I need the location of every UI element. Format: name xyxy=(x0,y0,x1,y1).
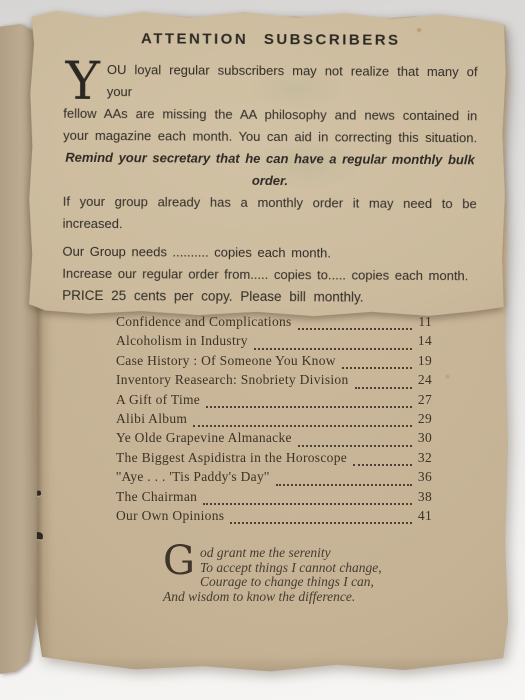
dot-leader xyxy=(206,406,412,408)
toc-entry-page: 27 xyxy=(415,392,432,408)
intro-dropcap: Y xyxy=(65,62,100,102)
toc-entry-page: 29 xyxy=(415,411,432,427)
dot-leader xyxy=(254,348,412,350)
dot-leader xyxy=(353,464,412,466)
toc-entry-title: The Biggest Aspidistra in the Horoscope xyxy=(116,450,347,466)
intro-line: OU loyal regular subscribers may not rea… xyxy=(63,59,477,106)
intro-line: fellow AAs are missing the AA philosophy… xyxy=(63,103,477,128)
toc-entry-title: Our Own Opinions xyxy=(116,508,224,524)
serenity-prayer: G od grant me the serenity To accept thi… xyxy=(163,546,413,604)
toc-entry-title: Case History : Of Someone You Know xyxy=(116,353,336,369)
toc-entry-title: Ye Olde Grapevine Almanacke xyxy=(116,430,292,446)
toc-entry-page: 32 xyxy=(415,450,432,466)
toc-entry: The Biggest Aspidistra in the Horoscope … xyxy=(116,450,432,469)
increase-note-line: If your group already has a monthly orde… xyxy=(63,191,477,238)
toc-entry-title: The Chairman xyxy=(116,489,197,505)
card-title: ATTENTION SUBSCRIBERS xyxy=(64,30,478,50)
toc-entry: Ye Olde Grapevine Almanacke 30 xyxy=(116,430,432,449)
toc-entry: Inventory Reasearch: Snobriety Division … xyxy=(116,372,432,391)
toc-entry-title: A Gift of Time xyxy=(116,392,200,408)
prayer-dropcap: G xyxy=(163,547,195,576)
toc-entry-page: 24 xyxy=(415,372,432,388)
toc-entry: Our Own Opinions 41 xyxy=(116,508,432,527)
toc-entry: Alcoholism in Industry 14 xyxy=(116,333,432,352)
dot-leader xyxy=(298,328,412,330)
toc-entry-page: 19 xyxy=(415,353,432,369)
toc-entry-title: Inventory Reasearch: Snobriety Division xyxy=(116,372,349,388)
toc-entry-page: 38 xyxy=(415,489,432,505)
toc-entry-title: ''Aye . . . 'Tis Paddy's Day'' xyxy=(116,469,270,485)
intro-line: your magazine each month. You can aid in… xyxy=(63,125,477,150)
dot-leader xyxy=(193,425,412,427)
toc-entry: A Gift of Time 27 xyxy=(116,392,432,411)
toc-entry: Alibi Album 29 xyxy=(116,411,432,430)
toc-entry-page: 14 xyxy=(415,333,432,349)
toc-entry: The Chairman 38 xyxy=(116,489,432,508)
table-of-contents: Confidence and Complications 11 Alcoholi… xyxy=(116,314,432,527)
toc-entry: Case History : Of Someone You Know 19 xyxy=(116,353,432,372)
dot-leader xyxy=(203,503,412,505)
toc-entry-title: Alcoholism in Industry xyxy=(116,333,248,349)
toc-entry-page: 36 xyxy=(415,469,432,485)
prayer-line: And wisdom to know the difference. xyxy=(163,590,413,605)
subscription-insert-card: ATTENTION SUBSCRIBERS Y OU loyal regular… xyxy=(26,8,508,320)
prayer-line: To accept things I cannot change, xyxy=(163,561,413,576)
subscription-insert-card-wrap: ATTENTION SUBSCRIBERS Y OU loyal regular… xyxy=(26,8,508,320)
prayer-line: od grant me the serenity xyxy=(163,546,413,561)
scanned-magazine-photo: Confidence and Complications 11 Alcoholi… xyxy=(0,0,525,700)
toc-entry-page: 30 xyxy=(415,430,432,446)
dot-leader xyxy=(355,387,412,389)
remind-secretary-line: Remind your secretary that he can have a… xyxy=(63,147,477,194)
toc-entry-title: Alibi Album xyxy=(116,411,187,427)
dot-leader xyxy=(298,445,412,447)
toc-entry: ''Aye . . . 'Tis Paddy's Day'' 36 xyxy=(116,469,432,488)
dot-leader xyxy=(342,367,412,369)
dot-leader xyxy=(230,522,412,524)
dot-leader xyxy=(276,484,413,486)
increase-order-line: Increase our regular order from..... cop… xyxy=(62,263,476,288)
price-line: PRICE 25 cents per copy. Please bill mon… xyxy=(62,285,476,310)
card-intro-paragraph: Y OU loyal regular subscribers may not r… xyxy=(63,59,478,238)
spine-crease xyxy=(33,303,51,665)
group-needs-line: Our Group needs .......... copies each m… xyxy=(62,241,476,266)
toc-entry-page: 41 xyxy=(415,508,432,524)
staple-icon xyxy=(30,531,44,539)
prayer-line: Courage to change things I can, xyxy=(163,575,413,590)
